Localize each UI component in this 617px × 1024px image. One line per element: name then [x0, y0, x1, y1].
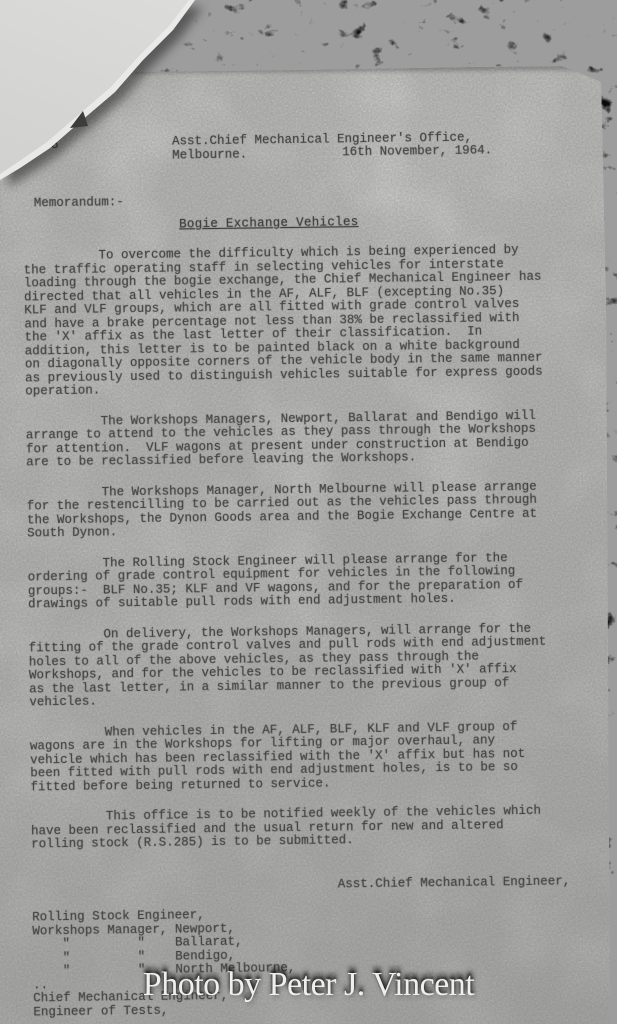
photographer-watermark: Photo by Peter J. Vincent — [0, 966, 617, 1004]
page-curl-shadow — [0, 0, 617, 1024]
